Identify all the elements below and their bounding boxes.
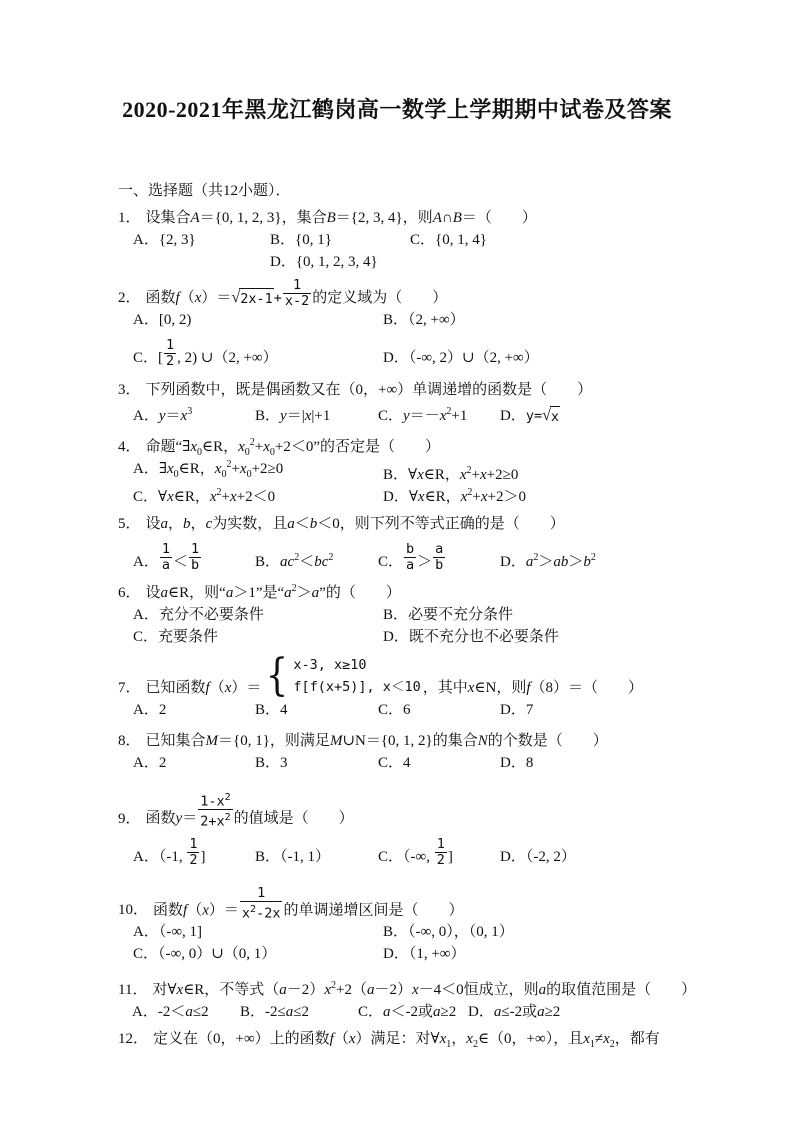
- option-b: B．必要不充分条件: [383, 604, 513, 626]
- math-variable: B: [453, 210, 462, 226]
- text-run: （-2, 2）: [526, 849, 576, 865]
- fraction-numerator: 1: [189, 542, 201, 558]
- math-variable: bc: [314, 554, 328, 570]
- math-variable: x: [466, 1031, 473, 1047]
- option-label: A．: [133, 461, 159, 477]
- math-fraction: 1-x22+x2: [198, 790, 232, 830]
- option-a: A．1a＜1b: [133, 542, 202, 573]
- superscript: 3: [187, 406, 192, 417]
- math-variable: x: [417, 467, 424, 483]
- math-fraction: 1x2-2x: [240, 886, 283, 921]
- option-a: A．y＝x3: [133, 401, 192, 427]
- question-number: 12．: [118, 1031, 148, 1047]
- text-run: ≥2: [441, 1004, 457, 1020]
- option-label: D．: [468, 1004, 494, 1020]
- math-variable: x: [460, 467, 467, 483]
- option-d: D．y=√x: [500, 405, 560, 427]
- exam-page: 2020-2021年黑龙江鹤岗高一数学上学期期中试卷及答案 一、选择题（共12小…: [0, 0, 794, 1123]
- question-11: 11．对∀x∈R，不等式（a－2）x2+2（a－2）x－4＜0恒成立，则a的取值…: [118, 975, 754, 1023]
- option-row: A．-2＜a≤2B．-2≤a≤2C．a＜-2或a≥2D．a≤-2或a≥2: [118, 1001, 754, 1023]
- option-d: D．∀x∈R，x2+x+2＞0: [383, 482, 526, 508]
- question-6: 6．设a∈R，则“a＞1”是“a2＞a”的（ ）A．充分不必要条件B．必要不充分…: [118, 578, 754, 648]
- option-label: C．: [133, 629, 158, 645]
- option-row: A．[0, 2)B．（2, +∞）: [118, 309, 754, 331]
- math-text: 2: [437, 852, 445, 868]
- text-run: 函数: [153, 902, 183, 918]
- option-row: A．（-1, 12]B．（-1, 1）C．（-∞, 12]D．（-2, 2）: [118, 830, 754, 868]
- option-label: A．: [133, 312, 159, 328]
- math-text: x: [242, 905, 250, 921]
- math-variable: a: [537, 1004, 545, 1020]
- math-fraction: ab: [433, 542, 445, 573]
- option-c: C．（-∞, 12]: [378, 837, 453, 868]
- math-variable: x: [202, 902, 209, 918]
- text-run: ＝: [182, 811, 197, 827]
- left-brace-icon: {: [266, 653, 288, 699]
- option-c: C．a＜-2或a≥2: [358, 1001, 456, 1023]
- text-run: ＝{0, 1}，则满足: [218, 733, 330, 749]
- text-run: （-1,: [159, 849, 187, 865]
- text-run: ]: [448, 849, 453, 865]
- exam-content: 一、选择题（共12小题）． 1．设集合A＝{0, 1, 2, 3}，集合B＝{2…: [118, 180, 754, 1056]
- math-variable: x: [349, 1031, 356, 1047]
- math-variable: x: [481, 489, 488, 505]
- text-run: ＝: [166, 408, 181, 424]
- text-run: （-∞, 0），（0, 1）: [408, 924, 514, 940]
- question-stem: 7．已知函数f（x）＝{x-3, x≥10f[f(x+5)], x＜10，其中x…: [118, 653, 754, 699]
- math-variable: x: [238, 439, 245, 455]
- text-run: ＝（ ）: [462, 210, 537, 226]
- piecewise-row: x-3, x≥10: [293, 655, 420, 676]
- math-variable: y: [280, 408, 287, 424]
- math-text: 1: [189, 836, 197, 852]
- fraction-numerator: 1: [435, 837, 447, 853]
- fraction-numerator: a: [433, 542, 445, 558]
- option-label: A．: [133, 232, 159, 248]
- option-label: A．: [133, 849, 159, 865]
- question-stem: 5．设a，b，c为实数，且a＜b＜0，则下列不等式正确的是（ ）: [118, 513, 754, 535]
- text-run: 的定义域为（ ）: [312, 290, 447, 306]
- math-variable: B: [327, 210, 336, 226]
- text-run: ≤2: [293, 1004, 309, 1020]
- option-d: D．既不充分也不必要条件: [383, 626, 559, 648]
- text-run: －4＜0恒成立，则: [419, 982, 539, 998]
- option-label: C．: [378, 849, 403, 865]
- text-run: ∈R，则“: [168, 585, 226, 601]
- question-number: 11．: [118, 982, 147, 998]
- text-run: ∈R，: [202, 439, 238, 455]
- math-fraction: ba: [404, 542, 416, 573]
- text-run: ∀: [408, 467, 417, 483]
- text-run: 既不充分也不必要条件: [409, 629, 559, 645]
- text-run: 必要不充分条件: [408, 607, 513, 623]
- text-run: 的值域是（ ）: [234, 811, 354, 827]
- math-text: +: [274, 290, 282, 306]
- text-run: （-∞, 2）∪（2, +∞）: [409, 350, 539, 366]
- math-text: f[f(x+5)], x＜10: [293, 679, 420, 695]
- math-variable: ac: [280, 554, 294, 570]
- text-run: 2: [159, 702, 167, 718]
- question-number: 8．: [118, 733, 141, 749]
- question-1: 1．设集合A＝{0, 1, 2, 3}，集合B＝{2, 3, 4}，则A∩B＝（…: [118, 207, 754, 273]
- option-d: D．（-2, 2）: [500, 846, 576, 868]
- question-stem: 3．下列函数中，既是偶函数又在（0，+∞）单调递增的函数是（ ）: [118, 379, 754, 401]
- text-run: [0, 2): [159, 312, 192, 328]
- math-variable: x: [583, 1031, 590, 1047]
- text-run: －2）: [287, 982, 325, 998]
- option-b: B．3: [255, 752, 288, 774]
- text-run: ＜0，则下列不等式正确的是（ ）: [317, 516, 565, 532]
- math-text: 2: [189, 852, 197, 868]
- text-run: ≥2: [545, 1004, 561, 1020]
- option-row: A．2B．4C．6D．7: [118, 699, 754, 721]
- text-run: 6: [403, 702, 411, 718]
- math-variable: a: [284, 585, 292, 601]
- superscript: 2: [591, 552, 596, 563]
- math-text: 1: [257, 885, 265, 901]
- math-text: 1: [191, 541, 199, 557]
- text-run: ，: [191, 516, 206, 532]
- page-title: 2020-2021年黑龙江鹤岗高一数学上学期期中试卷及答案: [40, 96, 754, 124]
- text-run: +: [472, 489, 480, 505]
- math-text: 2x-1: [240, 291, 273, 307]
- fraction-denominator: 2: [435, 853, 447, 868]
- option-row: A．充分不必要条件B．必要不充分条件: [118, 604, 754, 626]
- math-fraction: 12: [187, 837, 199, 868]
- text-run: 函数: [146, 811, 176, 827]
- text-run: -2＜: [158, 1004, 186, 1020]
- option-row: D．{0, 1, 2, 3, 4}: [118, 251, 754, 273]
- math-text: 1-x: [200, 793, 224, 809]
- text-run: +2＜0: [237, 489, 275, 505]
- question-stem: 6．设a∈R，则“a＞1”是“a2＞a”的（ ）: [118, 578, 754, 604]
- text-run: +1: [451, 408, 467, 424]
- fraction-numerator: 1: [160, 542, 172, 558]
- option-row: C．∀x∈R，x2+x+2＜0D．∀x∈R，x2+x+2＞0: [118, 486, 754, 508]
- text-run: 8: [526, 755, 534, 771]
- option-c: C．4: [378, 752, 411, 774]
- math-variable: M: [330, 733, 343, 749]
- question-12: 12．定义在（0，+∞）上的函数f（x）满足：对∀x1，x2∈（0，+∞），且x…: [118, 1028, 754, 1056]
- text-run: （2, +∞）: [408, 312, 465, 328]
- text-run: ，: [168, 516, 183, 532]
- option-a: A．2: [133, 752, 166, 774]
- math-variable: b: [183, 516, 191, 532]
- option-label: A．: [133, 408, 159, 424]
- option-label: D．: [500, 702, 526, 718]
- text-run: ＞1”是“: [233, 585, 284, 601]
- question-stem: 9．函数y＝1-x22+x2的值域是（ ）: [118, 790, 754, 830]
- text-run: ＞: [538, 554, 553, 570]
- math-fraction: 1x-2: [283, 278, 311, 309]
- question-number: 2．: [118, 290, 141, 306]
- math-variable: ab: [553, 554, 568, 570]
- question-8: 8．已知集合M＝{0, 1}，则满足M∪N＝{0, 1, 2}的集合N的个数是（…: [118, 730, 754, 774]
- fraction-denominator: x2-2x: [240, 902, 283, 921]
- option-row: A．{2, 3}B．{0, 1}C．{0, 1, 4}: [118, 229, 754, 251]
- option-d: D．（1, +∞）: [383, 943, 466, 965]
- math-variable: a: [383, 1004, 391, 1020]
- question-3: 3．下列函数中，既是偶函数又在（0，+∞）单调递增的函数是（ ）A．y＝x3B．…: [118, 379, 754, 427]
- text-run: ＜-2或: [391, 1004, 434, 1020]
- fraction-numerator: b: [404, 542, 416, 558]
- text-run: ，: [451, 1031, 466, 1047]
- option-row: A．2B．3C．4D．8: [118, 752, 754, 774]
- option-label: C．: [378, 755, 403, 771]
- option-label: B．: [383, 467, 408, 483]
- fraction-numerator: 1: [283, 278, 311, 294]
- option-label: A．: [133, 554, 159, 570]
- text-run: 3: [280, 755, 288, 771]
- question-4: 4．命题“∃x0∈R，x02+x0+2＜0”的否定是（ ）A．∃x0∈R，x02…: [118, 432, 754, 508]
- text-run: ＞: [417, 554, 432, 570]
- option-d: D．7: [500, 699, 533, 721]
- text-run: ∈R，不等式（: [183, 982, 279, 998]
- question-number: 7．: [118, 680, 141, 696]
- text-run: ∃: [159, 461, 167, 477]
- text-run: 4: [403, 755, 411, 771]
- text-run: （: [334, 1031, 349, 1047]
- option-b: B．ac2＜bc2: [255, 547, 333, 573]
- option-label: A．: [133, 755, 159, 771]
- fraction-denominator: x-2: [283, 294, 311, 309]
- text-run: ∪N＝{0, 1, 2}的集合: [342, 733, 477, 749]
- text-run: 设: [146, 516, 161, 532]
- math-variable: x: [324, 982, 331, 998]
- option-label: D．: [500, 755, 526, 771]
- math-text: x-2: [285, 293, 309, 309]
- text-run: （: [180, 290, 195, 306]
- superscript: 2: [328, 552, 333, 563]
- text-run: ≤2: [193, 1004, 209, 1020]
- option-label: B．: [270, 232, 295, 248]
- option-a: A．[0, 2): [133, 309, 191, 331]
- option-label: A．: [133, 924, 159, 940]
- question-5: 5．设a，b，c为实数，且a＜b＜0，则下列不等式正确的是（ ）A．1a＜1bB…: [118, 513, 754, 573]
- option-c: C．充要条件: [133, 626, 218, 648]
- math-text: 1: [437, 836, 445, 852]
- option-label: C．: [378, 702, 403, 718]
- text-run: 2: [159, 755, 167, 771]
- option-c: C．{0, 1, 4}: [410, 229, 487, 251]
- option-a: A．2: [133, 699, 166, 721]
- option-d: D．a≤-2或a≥2: [468, 1001, 560, 1023]
- text-run: {0, 1}: [295, 232, 332, 248]
- math-variable: a: [161, 516, 169, 532]
- question-9: 9．函数y＝1-x22+x2的值域是（ ）A．（-1, 12]B．（-1, 1）…: [118, 790, 754, 868]
- text-run: +: [231, 461, 239, 477]
- text-run: 已知集合: [146, 733, 206, 749]
- text-run: ，其中: [423, 680, 468, 696]
- text-run: ∈R，: [174, 489, 210, 505]
- text-run: ∈N，则: [474, 680, 526, 696]
- text-run: -2≤: [265, 1004, 286, 1020]
- math-variable: A: [191, 210, 200, 226]
- math-variable: x: [167, 461, 174, 477]
- question-number: 10．: [118, 902, 148, 918]
- option-row: C．（-∞, 0）∪（0, 1）D．（1, +∞）: [118, 943, 754, 965]
- text-run: （: [187, 902, 202, 918]
- text-run: ∀: [158, 489, 167, 505]
- text-run: ＜: [173, 554, 188, 570]
- text-run: +: [255, 439, 263, 455]
- fraction-denominator: 2: [164, 354, 176, 369]
- option-label: B．: [383, 924, 408, 940]
- math-variable: b: [583, 554, 591, 570]
- math-text: 1: [162, 541, 170, 557]
- text-run: +: [472, 467, 480, 483]
- text-run: ＝－: [410, 408, 440, 424]
- math-text: a: [162, 557, 170, 573]
- text-run: （-∞, 0）∪（0, 1）: [158, 946, 276, 962]
- question-number: 4．: [118, 439, 141, 455]
- text-run: {0, 1, 4}: [435, 232, 487, 248]
- option-b: B．（-1, 1）: [255, 846, 330, 868]
- option-label: B．: [240, 1004, 265, 1020]
- option-label: B．: [383, 312, 408, 328]
- math-variable: x: [230, 489, 237, 505]
- math-variable: a: [279, 982, 287, 998]
- text-run: +: [222, 489, 230, 505]
- option-label: C．: [378, 408, 403, 424]
- text-run: （-∞, 1]: [159, 924, 202, 940]
- option-d: D．{0, 1, 2, 3, 4}: [270, 251, 378, 273]
- text-run: 的单调递增区间是（ ）: [283, 902, 463, 918]
- math-text: x: [551, 409, 559, 425]
- option-c: C．[12, 2) ∪（2, +∞）: [133, 338, 278, 369]
- fraction-numerator: 1: [187, 837, 199, 853]
- text-run: （1, +∞）: [409, 946, 466, 962]
- option-label: B．: [383, 607, 408, 623]
- question-stem: 1．设集合A＝{0, 1, 2, 3}，集合B＝{2, 3, 4}，则A∩B＝（…: [118, 207, 754, 229]
- option-b: B．{0, 1}: [270, 229, 332, 251]
- piecewise-function: {x-3, x≥10f[f(x+5)], x＜10: [263, 653, 420, 699]
- math-variable: M: [206, 733, 219, 749]
- option-label: C．: [133, 946, 158, 962]
- option-row: C．充要条件D．既不充分也不必要条件: [118, 626, 754, 648]
- math-text: x-3, x≥10: [293, 657, 366, 673]
- option-label: C．: [378, 554, 403, 570]
- math-fraction: 1a: [160, 542, 172, 573]
- text-run: 充要条件: [158, 629, 218, 645]
- option-a: A．充分不必要条件: [133, 604, 264, 626]
- math-variable: x: [603, 1031, 610, 1047]
- math-text: a: [435, 541, 443, 557]
- math-variable: y: [403, 408, 410, 424]
- text-run: 函数: [146, 290, 176, 306]
- text-run: ”的（ ）: [319, 585, 401, 601]
- text-run: ）＝: [231, 680, 261, 696]
- question-number: 3．: [118, 382, 141, 398]
- math-variable: x: [240, 461, 247, 477]
- fraction-denominator: a: [404, 558, 416, 573]
- option-label: A．: [133, 702, 159, 718]
- math-fraction: 12: [435, 837, 447, 868]
- math-text: 1: [166, 337, 174, 353]
- question-2: 2．函数f（x）＝√2x-1+1x-2的定义域为（ ）A．[0, 2)B．（2,…: [118, 278, 754, 369]
- text-run: [: [158, 350, 163, 366]
- text-run: {2, 3}: [159, 232, 196, 248]
- text-run: 的取值范围是（ ）: [546, 982, 696, 998]
- text-run: ＝{2, 3, 4}，则: [336, 210, 433, 226]
- text-run: （-1, 1）: [280, 849, 330, 865]
- option-b: B．（2, +∞）: [383, 309, 465, 331]
- math-variable: y: [159, 408, 166, 424]
- text-run: －2）: [374, 982, 412, 998]
- text-run: 命题“∃: [146, 439, 191, 455]
- fraction-denominator: a: [160, 558, 172, 573]
- option-row: A．y＝x3B．y＝|x|+1C．y＝－x2+1D．y=√x: [118, 401, 754, 427]
- text-run: ]: [200, 849, 205, 865]
- math-text: -2x: [256, 905, 280, 921]
- math-variable: N: [478, 733, 488, 749]
- text-run: ）满足：对∀: [356, 1031, 440, 1047]
- text-run: ）＝: [201, 290, 231, 306]
- option-b: B．-2≤a≤2: [240, 1001, 309, 1023]
- math-variable: x: [190, 439, 197, 455]
- fraction-numerator: 1: [164, 338, 176, 354]
- option-c: C．ba＞ab: [378, 542, 446, 573]
- option-b: B．4: [255, 699, 288, 721]
- option-a: A．（-∞, 1]: [133, 921, 202, 943]
- fraction-denominator: b: [433, 558, 445, 573]
- text-run: （8）＝（ ）: [531, 680, 644, 696]
- text-run: ≠: [595, 1031, 603, 1047]
- math-fraction: 1b: [189, 542, 201, 573]
- question-list: 1．设集合A＝{0, 1, 2, 3}，集合B＝{2, 3, 4}，则A∩B＝（…: [118, 207, 754, 1056]
- option-label: D．: [383, 946, 409, 962]
- math-variable: x: [210, 489, 217, 505]
- math-variable: a: [433, 1004, 441, 1020]
- option-label: B．: [255, 408, 280, 424]
- math-text: b: [406, 541, 414, 557]
- math-text: b: [435, 557, 443, 573]
- math-radical: √2x-1: [231, 288, 273, 309]
- option-row: A．1a＜1bB．ac2＜bc2C．ba＞abD．a2＞ab＞b2: [118, 535, 754, 573]
- option-c: C．（-∞, 0）∪（0, 1）: [133, 943, 276, 965]
- math-variable: x: [418, 489, 425, 505]
- math-variable: a: [287, 516, 295, 532]
- math-text: b: [191, 557, 199, 573]
- question-7: 7．已知函数f（x）＝{x-3, x≥10f[f(x+5)], x＜10，其中x…: [118, 653, 754, 721]
- text-run: 4: [280, 702, 288, 718]
- text-run: {0, 1, 2, 3, 4}: [296, 254, 378, 270]
- piecewise-rows: x-3, x≥10f[f(x+5)], x＜10: [293, 655, 420, 698]
- text-run: ∀: [409, 489, 418, 505]
- math-text: 2+x: [200, 814, 224, 830]
- option-label: D．: [500, 408, 526, 424]
- option-label: A．: [133, 607, 159, 623]
- text-run: +2≥0: [252, 461, 284, 477]
- text-run: , 2) ∪（2, +∞）: [177, 350, 277, 366]
- text-run: ＜: [299, 554, 314, 570]
- math-variable: x: [167, 489, 174, 505]
- option-label: B．: [255, 554, 280, 570]
- option-row: C．[12, 2) ∪（2, +∞）D．（-∞, 2）∪（2, +∞）: [118, 331, 754, 369]
- text-run: 7: [526, 702, 534, 718]
- question-stem: 11．对∀x∈R，不等式（a－2）x2+2（a－2）x－4＜0恒成立，则a的取值…: [118, 975, 754, 1001]
- question-10: 10．函数f（x）＝1x2-2x的单调递增区间是（ ）A．（-∞, 1]B．（-…: [118, 886, 754, 965]
- option-b: B．y＝|x|+1: [255, 405, 330, 427]
- question-number: 1．: [118, 210, 141, 226]
- question-stem: 2．函数f（x）＝√2x-1+1x-2的定义域为（ ）: [118, 278, 754, 309]
- option-c: C．6: [378, 699, 411, 721]
- option-label: C．: [358, 1004, 383, 1020]
- option-d: D．a2＞ab＞b2: [500, 547, 596, 573]
- text-run: ∈R，: [425, 489, 461, 505]
- text-run: ＝|: [287, 408, 305, 424]
- section-heading: 一、选择题（共12小题）．: [118, 180, 754, 202]
